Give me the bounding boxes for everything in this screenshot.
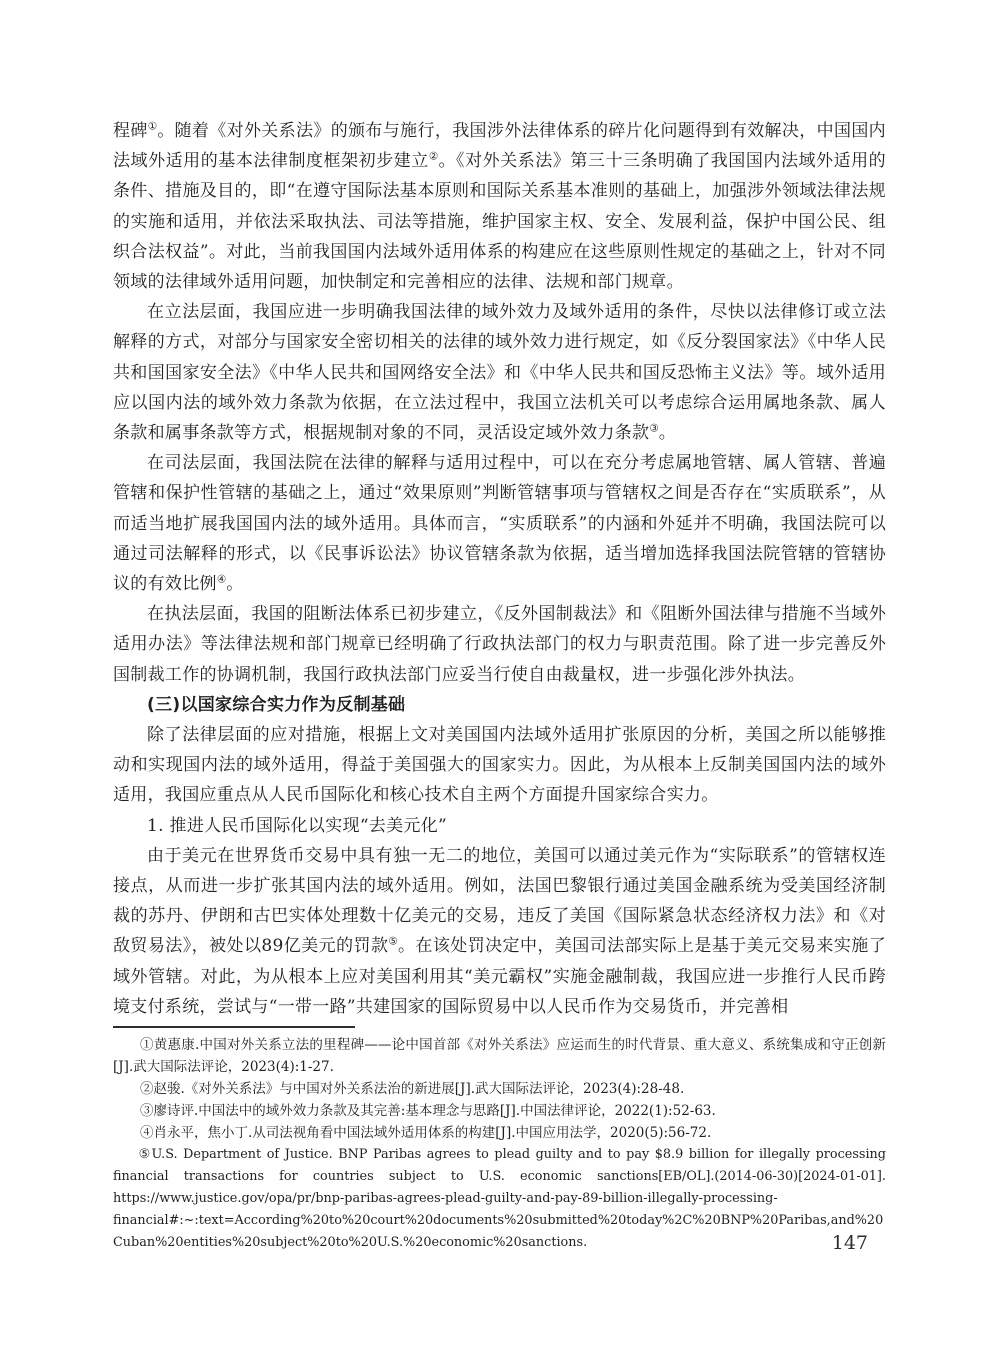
sub-heading-rmb-internationalization: 1. 推进人民币国际化以实现“去美元化” (113, 811, 886, 841)
footnote-5: ⑤U.S. Department of Justice. BNP Paribas… (113, 1144, 886, 1254)
article-body: 程碑①。随着《对外关系法》的颁布与施行，我国涉外法律体系的碎片化问题得到有效解决… (113, 116, 886, 1022)
document-page: 程碑①。随着《对外关系法》的颁布与施行，我国涉外法律体系的碎片化问题得到有效解决… (0, 0, 1000, 1347)
footnote-ref-marker: ④ (217, 573, 226, 585)
footnote-4: ④肖永平，焦小丁.从司法视角看中国法域外适用体系的构建[J].中国应用法学，20… (113, 1122, 886, 1144)
paragraph-foreign-relations-law: 程碑①。随着《对外关系法》的颁布与施行，我国涉外法律体系的碎片化问题得到有效解决… (113, 116, 886, 297)
footnote-ref-marker: ② (429, 151, 439, 163)
paragraph-comprehensive-strength: 除了法律层面的应对措施，根据上文对美国国内法域外适用扩张原因的分析，美国之所以能… (113, 720, 886, 811)
footnote-ref-marker: ⑤ (388, 936, 398, 948)
paragraph-enforcement-level: 在执法层面，我国的阻断法体系已初步建立，《反外国制裁法》和《阻断外国法律与措施不… (113, 599, 886, 690)
footnote-2: ②赵骏.《对外关系法》与中国对外关系法治的新进展[J].武大国际法评论，2023… (113, 1078, 886, 1100)
footnotes-section: ①黄惠康.中国对外关系立法的里程碑——论中国首部《对外关系法》应运而生的时代背景… (113, 1034, 886, 1254)
footnote-ref-marker: ③ (649, 422, 658, 434)
footnote-1: ①黄惠康.中国对外关系立法的里程碑——论中国首部《对外关系法》应运而生的时代背景… (113, 1034, 886, 1078)
paragraph-dollar-hegemony: 由于美元在世界货币交易中具有独一无二的地位，美国可以通过美元作为“实际联系”的管… (113, 841, 886, 1022)
page-number: 147 (832, 1232, 868, 1254)
paragraph-legislative-level: 在立法层面，我国应进一步明确我国法律的域外效力及域外适用的条件，尽快以法律修订或… (113, 297, 886, 448)
footnote-ref-marker: ① (148, 120, 157, 132)
paragraph-judicial-level: 在司法层面，我国法院在法律的解释与适用过程中，可以在充分考虑属地管辖、属人管辖、… (113, 448, 886, 599)
footnote-separator (113, 1026, 355, 1028)
footnote-3: ③廖诗评.中国法中的域外效力条款及其完善:基本理念与思路[J].中国法律评论，2… (113, 1100, 886, 1122)
section-heading-national-strength: (三)以国家综合实力作为反制基础 (113, 690, 886, 720)
